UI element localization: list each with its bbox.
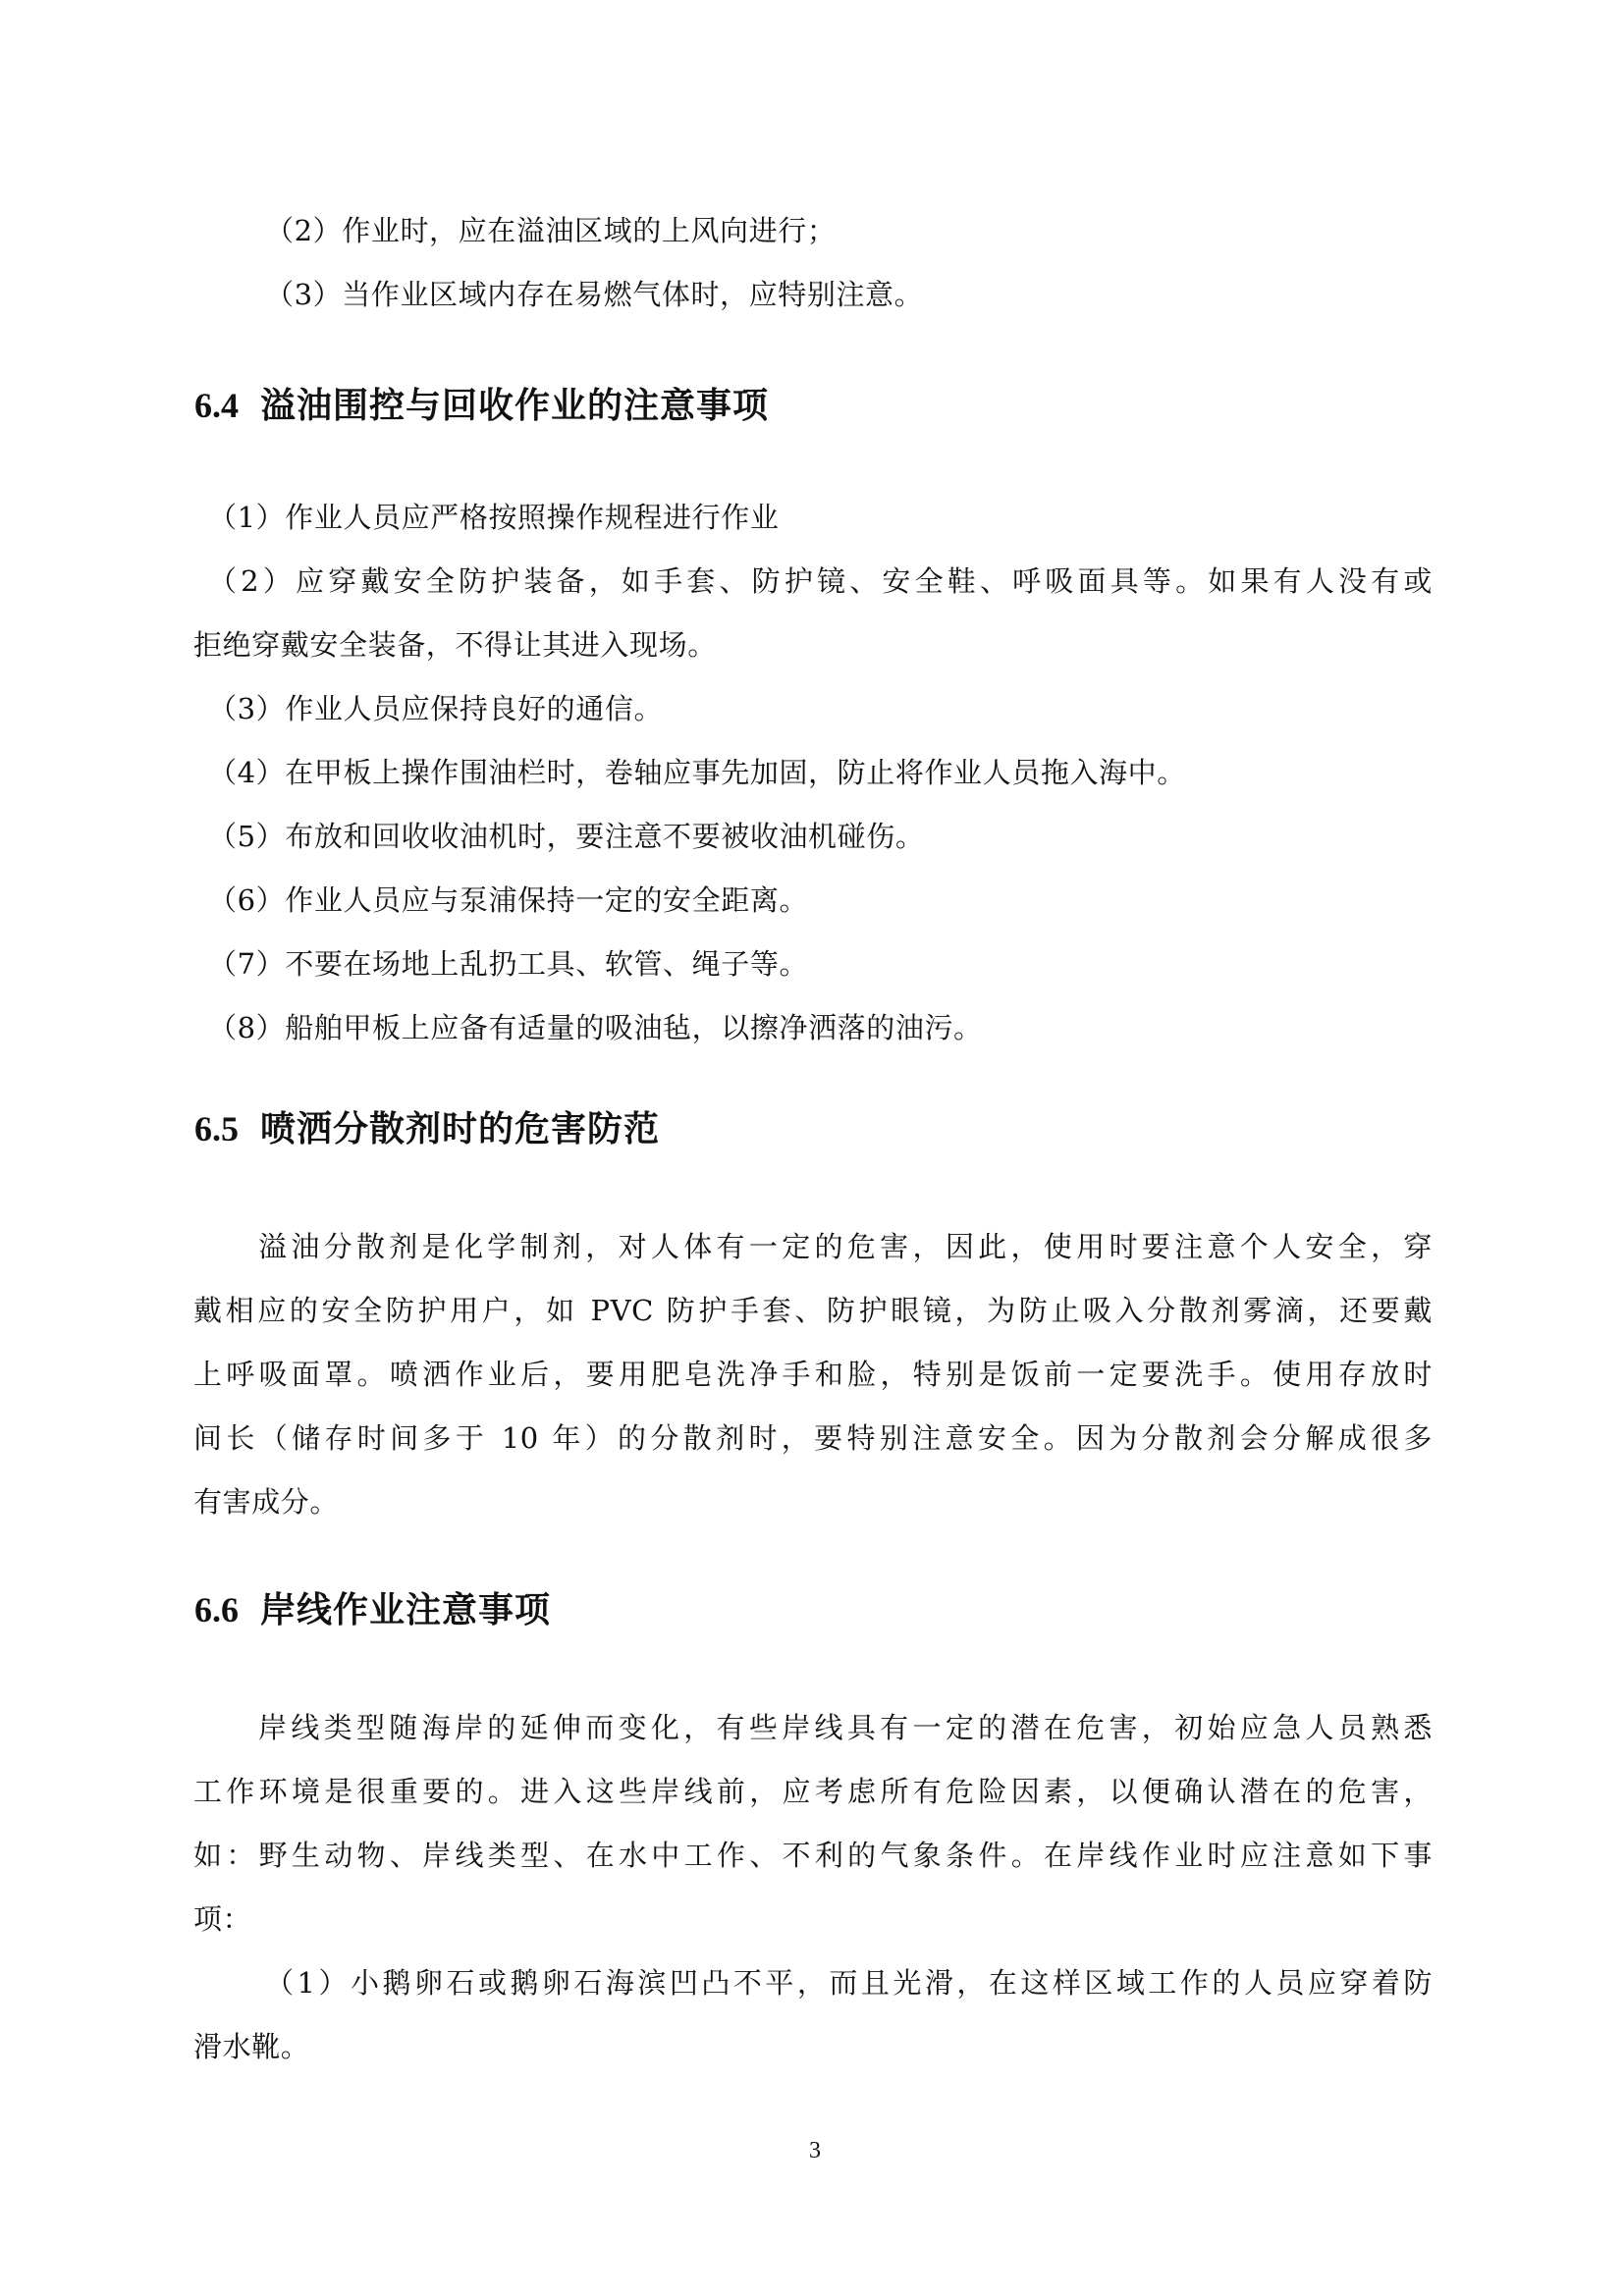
list-item: （2）应穿戴安全防护装备，如手套、防护镜、安全鞋、呼吸面具等。如果有人没有或 [208,561,1433,601]
section-number: 6.6 [194,1590,239,1629]
section-title: 喷洒分散剂时的危害防范 [260,1109,660,1149]
section-title: 溢油围控与回收作业的注意事项 [260,386,769,426]
list-item: （1）作业人员应严格按照操作规程进行作业 [208,498,1447,537]
list-item-continuation: 拒绝穿戴安全装备，不得让其进入现场。 [193,625,1433,665]
list-item: （7）不要在场地上乱扔工具、软管、绳子等。 [208,944,1447,984]
list-item: （1）小鹅卵石或鹅卵石海滨凹凸不平，而且光滑，在这样区域工作的人员应穿着防 [265,1963,1433,2002]
list-item: （3）作业人员应保持良好的通信。 [208,689,1447,728]
paragraph-line: 戴相应的安全防护用户，如 PVC 防护手套、防护眼镜，为防止吸入分散剂雾滴，还要… [193,1291,1433,1330]
paragraph-line: 间长（储存时间多于 10 年）的分散剂时，要特别注意安全。因为分散剂会分解成很多 [193,1418,1433,1458]
list-item: （6）作业人员应与泵浦保持一定的安全距离。 [208,881,1447,920]
document-page: （2）作业时，应在溢油区域的上风向进行； （3）当作业区域内存在易燃气体时，应特… [0,0,1624,2296]
paragraph-line: 如：野生动物、岸线类型、在水中工作、不利的气象条件。在岸线作业时应注意如下事 [193,1836,1433,1875]
paragraph-line: 溢油分散剂是化学制剂，对人体有一定的危害，因此，使用时要注意个人安全，穿 [258,1227,1433,1266]
list-item: （5）布放和回收收油机时，要注意不要被收油机碰伤。 [208,817,1447,856]
paragraph-line: 上呼吸面罩。喷洒作业后，要用肥皂洗净手和脸，特别是饭前一定要洗手。使用存放时 [193,1355,1433,1394]
section-heading-6-5: 6.5喷洒分散剂时的危害防范 [194,1105,660,1153]
list-item: （4）在甲板上操作围油栏时，卷轴应事先加固，防止将作业人员拖入海中。 [208,753,1447,792]
section-heading-6-6: 6.6岸线作业注意事项 [194,1586,551,1634]
page-number: 3 [800,2138,830,2164]
list-item-continuation: 滑水靴。 [193,2027,1433,2066]
section-heading-6-4: 6.4溢油围控与回收作业的注意事项 [194,382,769,430]
section-number: 6.4 [194,386,239,425]
list-item: （3）当作业区域内存在易燃气体时，应特别注意。 [265,275,1504,314]
paragraph-line: 工作环境是很重要的。进入这些岸线前，应考虑所有危险因素，以便确认潜在的危害， [193,1772,1433,1811]
list-item: （2）作业时，应在溢油区域的上风向进行； [265,211,1504,250]
paragraph-line: 项： [193,1899,1433,1939]
paragraph-line: 有害成分。 [193,1482,1433,1522]
list-item: （8）船舶甲板上应备有适量的吸油毡，以擦净洒落的油污。 [208,1008,1447,1047]
paragraph-line: 岸线类型随海岸的延伸而变化，有些岸线具有一定的潜在危害，初始应急人员熟悉 [258,1708,1433,1747]
section-title: 岸线作业注意事项 [260,1590,551,1630]
section-number: 6.5 [194,1109,239,1148]
